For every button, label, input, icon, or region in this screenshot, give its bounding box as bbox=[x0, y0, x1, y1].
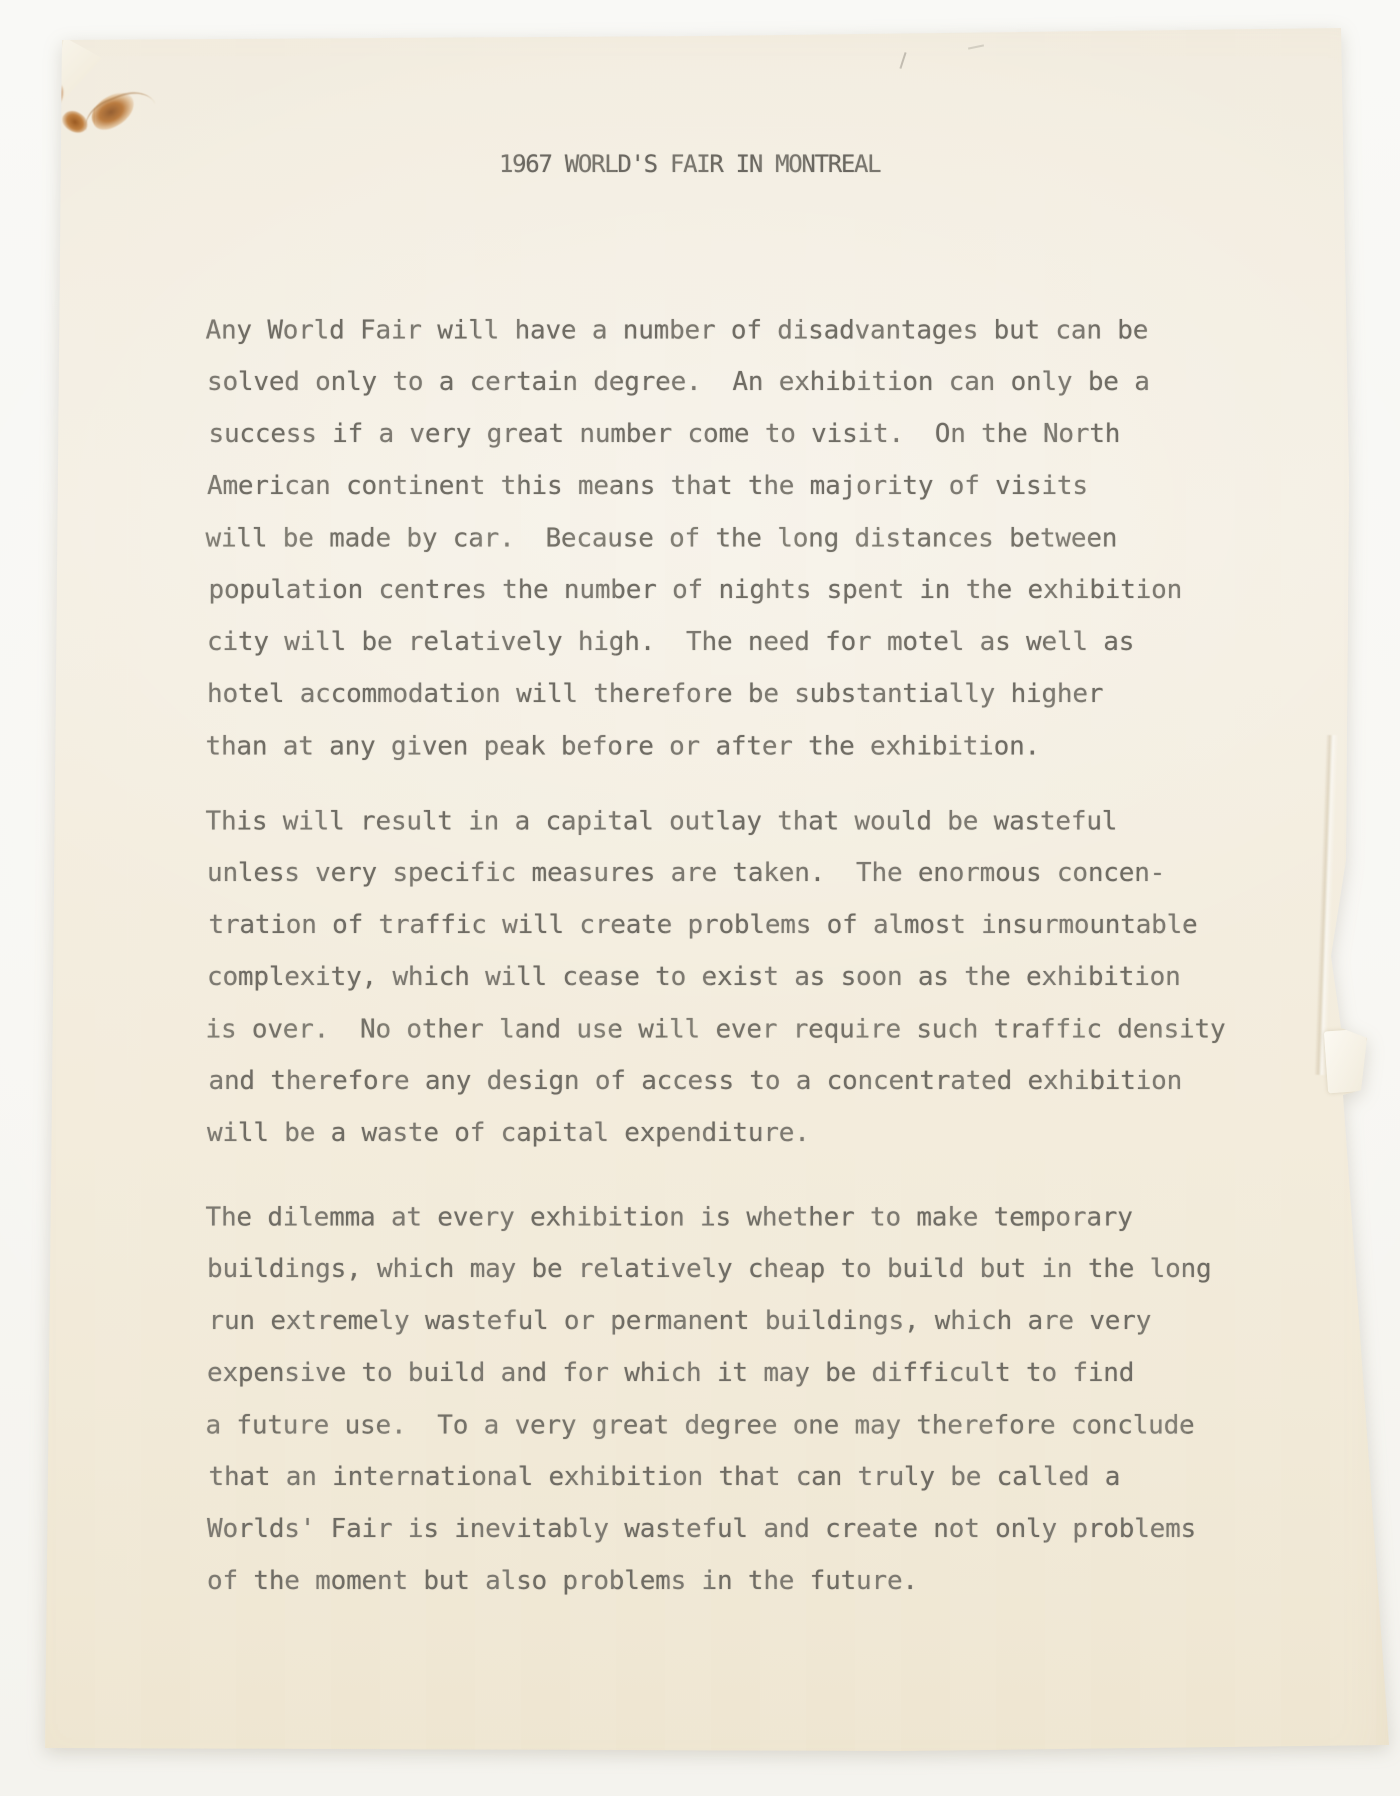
text-line: will be made by car. Because of the long… bbox=[206, 513, 1366, 565]
rust-scratch-line bbox=[78, 84, 163, 153]
document-page: 1967 WORLD'S FAIR IN MONTREAL Any World … bbox=[0, 0, 1400, 1796]
document-title: 1967 WORLD'S FAIR IN MONTREAL bbox=[499, 150, 880, 178]
pencil-mark bbox=[899, 52, 906, 69]
text-line: solved only to a certain degree. An exhi… bbox=[207, 356, 1367, 408]
text-line: of the moment but also problems in the f… bbox=[207, 1555, 1367, 1607]
text-line: success if a very great number come to v… bbox=[209, 408, 1369, 460]
text-line: buildings, which may be relatively cheap… bbox=[207, 1243, 1367, 1295]
text-line: expensive to build and for which it may … bbox=[207, 1347, 1367, 1399]
text-line: run extremely wasteful or permanent buil… bbox=[209, 1295, 1369, 1347]
text-line: and therefore any design of access to a … bbox=[209, 1055, 1369, 1107]
paragraph: The dilemma at every exhibition is wheth… bbox=[207, 1191, 1367, 1607]
scan-background: 1967 WORLD'S FAIR IN MONTREAL Any World … bbox=[0, 0, 1400, 1796]
text-line: American continent this means that the m… bbox=[207, 460, 1367, 512]
text-line: unless very specific measures are taken.… bbox=[207, 847, 1367, 899]
text-line: complexity, which will cease to exist as… bbox=[207, 951, 1367, 1003]
text-line: that an international exhibition that ca… bbox=[209, 1451, 1369, 1503]
document-body: Any World Fair will have a number of dis… bbox=[207, 304, 1367, 1607]
text-line: hotel accommodation will therefore be su… bbox=[207, 668, 1367, 720]
text-line: population centres the number of nights … bbox=[209, 564, 1369, 616]
text-line: tration of traffic will create problems … bbox=[209, 899, 1369, 951]
pencil-mark bbox=[968, 44, 984, 49]
text-line: city will be relatively high. The need f… bbox=[207, 616, 1367, 668]
text-line: is over. No other land use will ever req… bbox=[206, 1004, 1366, 1056]
paragraph: Any World Fair will have a number of dis… bbox=[207, 304, 1367, 772]
rust-stain bbox=[48, 83, 66, 109]
text-line: Any World Fair will have a number of dis… bbox=[206, 305, 1366, 357]
text-line: The dilemma at every exhibition is wheth… bbox=[206, 1192, 1366, 1244]
text-line: Worlds' Fair is inevitably wasteful and … bbox=[207, 1503, 1367, 1555]
text-line: will be a waste of capital expenditure. bbox=[207, 1107, 1367, 1159]
text-line: This will result in a capital outlay tha… bbox=[206, 796, 1366, 848]
text-line: a future use. To a very great degree one… bbox=[206, 1400, 1366, 1452]
paragraph: This will result in a capital outlay tha… bbox=[207, 795, 1367, 1159]
text-line: than at any given peak before or after t… bbox=[206, 721, 1366, 773]
paper-shadow-wrap: 1967 WORLD'S FAIR IN MONTREAL Any World … bbox=[0, 0, 1400, 1796]
